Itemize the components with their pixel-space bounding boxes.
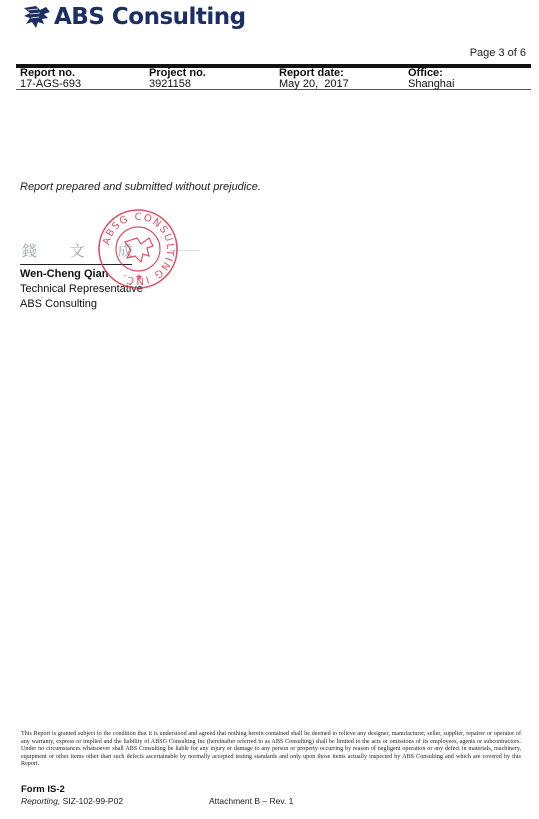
report-no-field: Report no. 17-AGS-693 [20, 68, 81, 90]
report-no-value: 17-AGS-693 [20, 79, 81, 90]
form-id: Form IS-2 [21, 784, 65, 795]
legal-disclaimer: This Report is granted subject to the co… [21, 731, 521, 769]
form-reference: Reporting, SIZ-102-99-P02 [21, 796, 123, 806]
company-stamp-icon: ABSG CONSULTING INC. ★ [97, 208, 179, 290]
attachment-label: Attachment B – Rev. 1 [209, 796, 293, 806]
signer-organization: ABS Consulting [20, 297, 143, 312]
svg-text:★: ★ [135, 273, 143, 283]
project-no-value: 3921158 [149, 79, 206, 90]
report-date-value: May 20, 2017 [279, 79, 349, 90]
eagle-icon [22, 4, 52, 30]
company-logo: ABS Consulting [22, 4, 246, 30]
page-indicator: Page 3 of 6 [470, 47, 526, 59]
project-no-field: Project no. 3921158 [149, 68, 206, 90]
office-field: Office: Shanghai [408, 68, 455, 90]
office-value: Shanghai [408, 79, 455, 90]
report-date-field: Report date: May 20, 2017 [279, 68, 349, 90]
company-name: ABS Consulting [54, 4, 246, 30]
report-statement: Report prepared and submitted without pr… [20, 181, 261, 193]
